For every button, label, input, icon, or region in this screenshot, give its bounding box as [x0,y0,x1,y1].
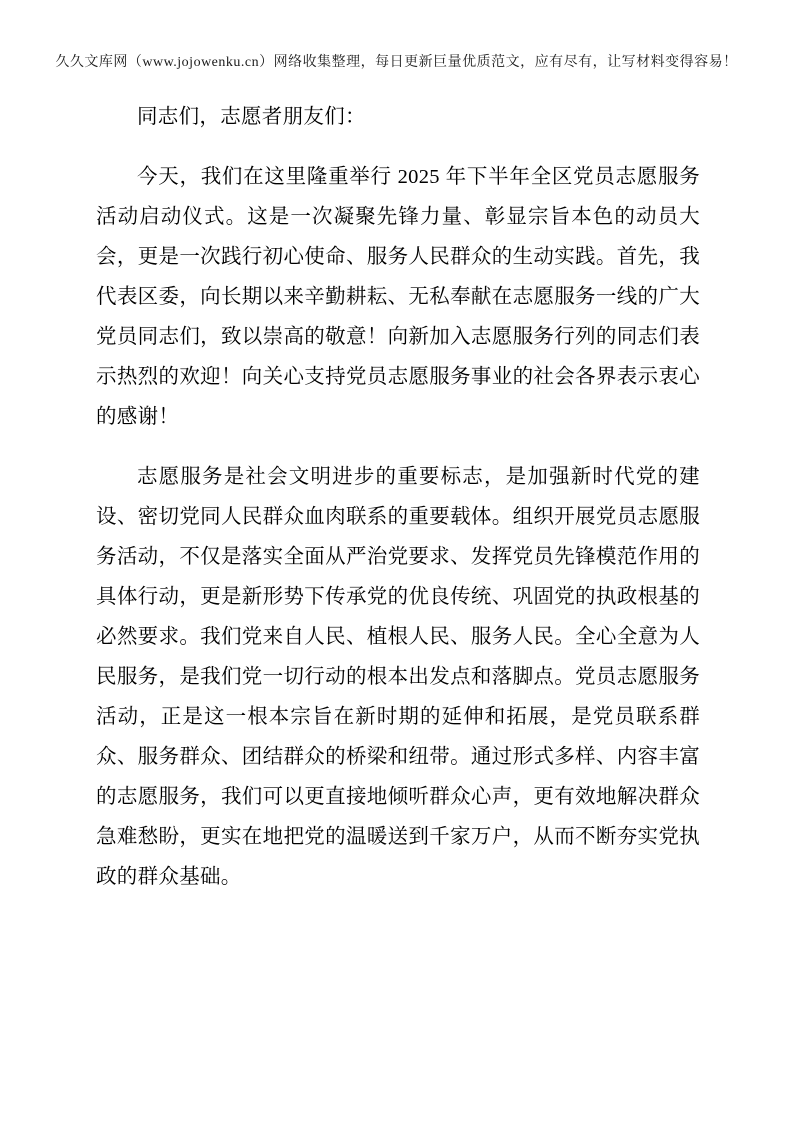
document-body: 同志们，志愿者朋友们： 今天，我们在这里隆重举行 2025 年下半年全区党员志愿… [96,97,700,917]
paragraph-significance: 志愿服务是社会文明进步的重要标志，是加强新时代党的建设、密切党同人民群众血肉联系… [96,457,700,897]
paragraph-opening: 今天，我们在这里隆重举行 2025 年下半年全区党员志愿服务活动启动仪式。这是一… [96,157,700,437]
page-header-watermark: 久久文库网（www.jojowenku.cn）网络收集整理，每日更新巨量优质范文… [40,52,753,74]
paragraph-greeting: 同志们，志愿者朋友们： [96,97,700,137]
document-page: 久久文库网（www.jojowenku.cn）网络收集整理，每日更新巨量优质范文… [0,0,793,1122]
